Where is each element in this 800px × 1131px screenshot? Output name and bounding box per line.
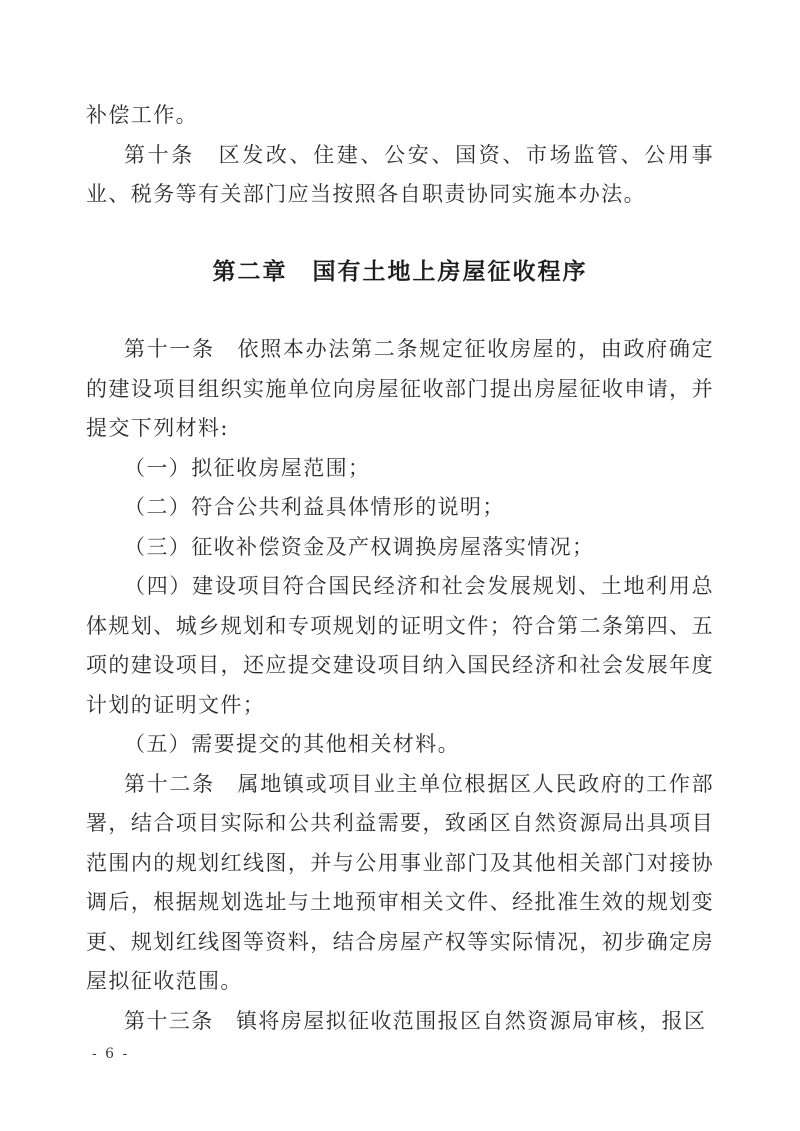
paragraph-article-10: 第十条 区发改、住建、公安、国资、市场监管、公用事业、税务等有关部门应当按照各自… [86,136,714,215]
chapter-heading: 第二章 国有土地上房屋征收程序 [86,253,714,293]
paragraph-article-13: 第十三条 镇将房屋拟征收范围报区自然资源局审核，报区 [86,1002,714,1042]
paragraph-article-12: 第十二条 属地镇或项目业主单位根据区人民政府的工作部署，结合项目实际和公共利益需… [86,765,714,1002]
list-item-1: （一）拟征收房屋范围； [86,449,714,489]
document-page: 补偿工作。 第十条 区发改、住建、公安、国资、市场监管、公用事业、税务等有关部门… [0,0,800,1131]
list-item-3: （三）征收补偿资金及产权调换房屋落实情况； [86,528,714,568]
paragraph-article-11: 第十一条 依照本办法第二条规定征收房屋的，由政府确定的建设项目组织实施单位向房屋… [86,330,714,449]
page-number: - 6 - [92,1046,129,1062]
list-item-4: （四）建设项目符合国民经济和社会发展规划、土地利用总体规划、城乡规划和专项规划的… [86,567,714,725]
list-item-5: （五）需要提交的其他相关材料。 [86,725,714,765]
paragraph-continuation: 补偿工作。 [86,96,714,136]
list-item-2: （二）符合公共利益具体情形的说明； [86,488,714,528]
